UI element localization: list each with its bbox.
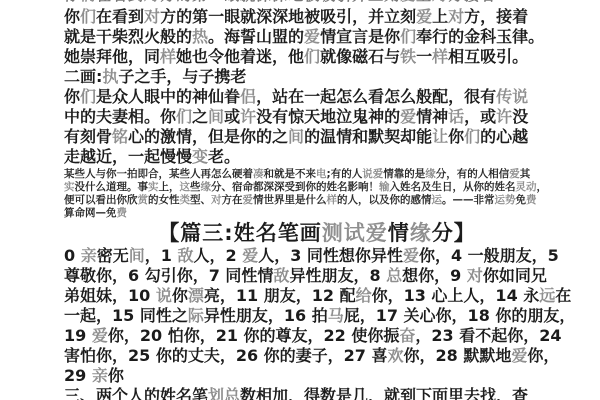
text-line: 她崇拜他，同样她也令他着迷，他们就像磁石与铁一样相互吸引。 <box>64 47 570 67</box>
list-line: 害怕你，25 你的丈夫，26 你的妻子，27 喜欢你，28 默默地爱你， <box>64 346 570 366</box>
text-line: 某些人与你一拍即合，某些人再怎么硬着凑和就是不来电;有的人说爱情靠的是缘分，有的… <box>64 168 570 181</box>
list-line: 29 亲你 <box>64 366 570 386</box>
section-heading: 【篇三:姓名笔画测试爱情缘分】 <box>64 221 570 246</box>
text-line: 走越近，一起慢慢变老。 <box>64 147 570 167</box>
text-line: 便可以看出你欣赏的女性类型、对方在爱情世界里是什么样的人，以及你的感情运。——非… <box>64 194 570 207</box>
paragraph-two-strokes: 你们是众人眼中的神仙眷侣，站在一起怎么看怎么般配，很有传说 中的夫妻相。你们之间… <box>64 87 570 167</box>
clipped-top-text-line: 你们在看到对方的第一眼就深深地被吸引并立刻爱上对方接着 <box>64 0 570 4</box>
list-line: 0 亲密无间，1 敌人，2 爱人，3 同性想你异性爱你，4 一般朋友，5 <box>64 246 570 266</box>
text-line: 有刻骨铭心的激情，但是你的之间的温情和默契却能让你们的心越 <box>64 127 570 147</box>
list-line: 弟姐妹，10 说你漂亮，11 朋友，12 配给你，13 心上人，14 永远在 <box>64 286 570 306</box>
subheading-two-strokes: 二画:执子之手，与子携老 <box>64 67 570 87</box>
paragraph-one-stroke: 你们在看到对方的第一眼就深深地被吸引，并立刻爱上对方，接着 就是干柴烈火般的热。… <box>64 7 570 67</box>
text-line: 你们在看到对方的第一眼就深深地被吸引，并立刻爱上对方，接着 <box>64 7 570 27</box>
intro-note-paragraph: 某些人与你一拍即合，某些人再怎么硬着凑和就是不来电;有的人说爱情靠的是缘分，有的… <box>64 168 570 220</box>
text-line: 实没什么道理。事实上，这些缘分、宿命都深深受到你的姓名影响！输入姓名及生日，从你… <box>64 181 570 194</box>
text-line: 就是干柴烈火般的热。海誓山盟的爱情宣言是你们奉行的金科玉律。 <box>64 27 570 47</box>
text-line: 你们是众人眼中的神仙眷侣，站在一起怎么看怎么般配，很有传说 <box>64 87 570 107</box>
document-page: 你们在看到对方的第一眼就深深地被吸引并立刻爱上对方接着 你们在看到对方的第一眼就… <box>0 0 600 400</box>
list-line: 19 爱你，20 怕你，21 你的尊友，22 使你振奋，23 看不起你，24 <box>64 326 570 346</box>
clipped-bottom-text-line: 三、两个人的姓名笔划总数相加，得数是几，就到下面里去找，查 <box>64 386 570 400</box>
text-line: 中的夫妻相。你们之间或许没有惊天地泣鬼神的爱情神话，或许没 <box>64 107 570 127</box>
text-line: 算命网—免费 <box>64 207 570 220</box>
text-line: 你们在看到对方的第一眼就深深地被吸引并立刻爱上对方接着 <box>64 0 570 3</box>
number-meaning-list: 0 亲密无间，1 敌人，2 爱人，3 同性想你异性爱你，4 一般朋友，5 尊敬你… <box>64 246 570 386</box>
list-line: 尊敬你，6 勾引你，7 同性情敌异性朋友，8 总想你，9 对你如同兄 <box>64 266 570 286</box>
list-line: 一起，15 同性之际异性朋友，16 拍马屁，17 关心你，18 你的朋友， <box>64 306 570 326</box>
